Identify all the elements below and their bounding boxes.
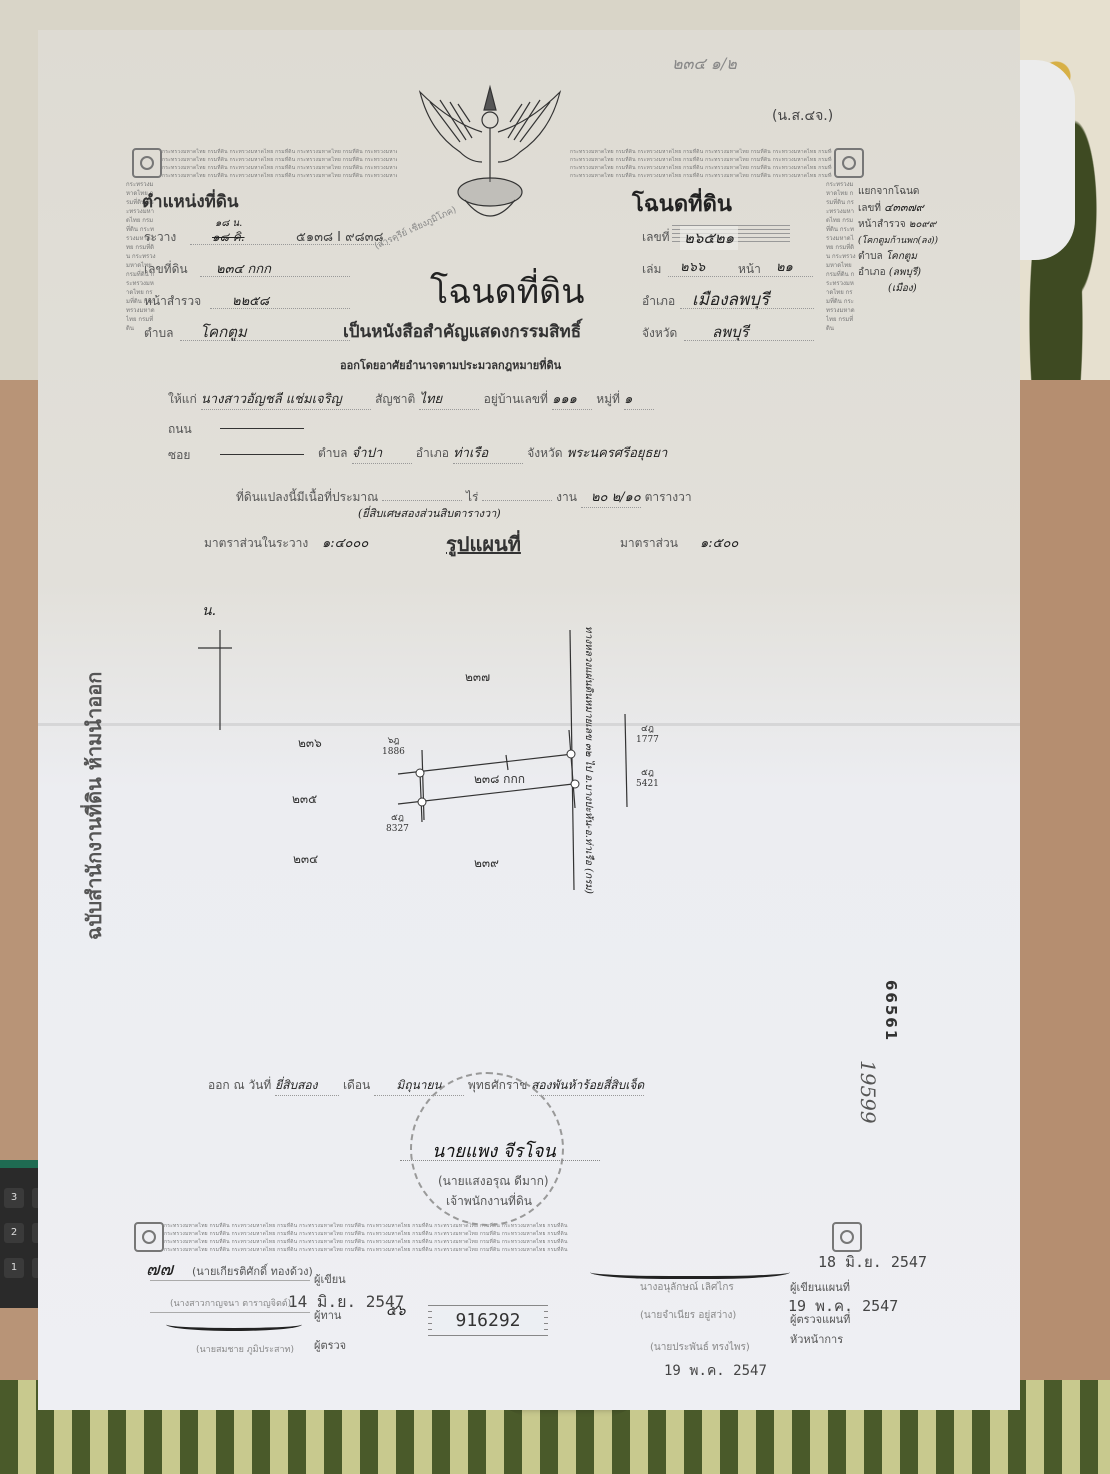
- reviewer-name: (นางสาวกาญจนา ตาราญจิตต์): [170, 1296, 291, 1310]
- owner-name: นางสาวอัญชลี แช่มเจริญ: [201, 388, 371, 410]
- paper-roll: [1015, 60, 1075, 260]
- pencil-note: ๒๓๔ ๑/๒: [672, 52, 737, 77]
- tambon-underline: [180, 340, 350, 341]
- security-band-right: กระทรวงมหาดไทย กรมที่ดิน กระทรวงมหาดไทย …: [826, 180, 856, 1210]
- house-no-value: ๑๑๑: [552, 388, 592, 410]
- origin-number-value: ๔๓๓๗๙: [884, 201, 924, 214]
- land-no-label: เลขที่ดิน: [144, 260, 188, 279]
- origin-survey-label: หน้าสำรวจ: [858, 219, 906, 230]
- ornament-icon: [834, 148, 864, 178]
- survey-page-underline: [210, 308, 350, 309]
- owner-amphoe-value: ท่าเรือ: [453, 442, 523, 464]
- sqwa-label: ตารางวา: [645, 490, 692, 504]
- boundary-marker: ๕ฎ5421: [636, 768, 659, 790]
- road-blank: [220, 428, 304, 429]
- owner-tambon-value: จำปา: [352, 442, 412, 464]
- parcel-label: ๒๓๙: [474, 854, 499, 873]
- rai-label: ไร่: [466, 490, 478, 504]
- parcel-label: ๒๓๕: [292, 790, 317, 809]
- boundary-marker: ๔ฎ1777: [636, 724, 659, 746]
- initial-mark: ๕๖: [386, 1300, 405, 1322]
- owner-province-value: พระนครศรีอยุธยา: [567, 446, 668, 461]
- map-writer-name: นางอนุลักษณ์ เลิศไกร: [640, 1280, 734, 1295]
- inspector-signature: [166, 1318, 302, 1331]
- volume-value: ๒๖๖: [680, 256, 705, 277]
- authority-line: ออกโดยอาศัยอำนาจตามประมวลกฎหมายที่ดิน: [340, 356, 561, 374]
- security-band-top-right: กระทรวงมหาดไทย กรมที่ดิน กระทรวงมหาดไทย …: [570, 148, 832, 180]
- origin-tambon-label: ตำบล: [858, 251, 883, 262]
- tambon-label: ตำบล: [144, 324, 174, 343]
- reviewer-role: ผู้ทาน: [314, 1306, 341, 1324]
- area-label: ที่ดินแปลงนี้มีเนื้อที่ประมาณ: [236, 490, 378, 504]
- map-checker-role: ผู้ตรวจแผนที่: [790, 1310, 850, 1328]
- officer-title: เจ้าพนักงานที่ดิน: [446, 1192, 532, 1211]
- origin-amphoe-label: อำเภอ: [858, 267, 886, 278]
- origin-tambon-value: โคกตูม: [886, 251, 917, 262]
- origin-survey-note: (โคกตูมก้านพก(ลง)): [858, 233, 958, 249]
- origin-survey-value: ๒๐๙๙: [909, 219, 936, 230]
- officer-name: (นายแสงอรุณ ดีมาก): [438, 1172, 549, 1191]
- boundary-marker: ๖ฎ1886: [382, 736, 405, 758]
- soi-label: ซอย: [168, 446, 190, 465]
- ornament-icon: [832, 1222, 862, 1252]
- to-label: ให้แก่: [168, 392, 197, 406]
- province-underline: [684, 340, 814, 341]
- nationality-value: ไทย: [419, 388, 479, 410]
- road-label-vertical: ทางหลวงแผ่นดินหมายเลข ๓๒ ไป อ.บางปะหัน-อ…: [581, 626, 596, 894]
- moo-value: ๑: [624, 388, 654, 410]
- chief-date: 19 พ.ค. 2547: [664, 1360, 767, 1382]
- survey-page-label: หน้าสำรวจ: [144, 292, 201, 311]
- owner-amphoe-label: อำเภอ: [416, 446, 449, 460]
- serial-printed: 66561: [882, 980, 900, 1042]
- origin-heading: แยกจากโฉนด: [858, 184, 958, 200]
- issue-label: ออก ณ วันที่: [208, 1078, 271, 1092]
- map-writer-date: 18 มิ.ย. 2547: [818, 1250, 927, 1274]
- chief-role: หัวหน้าการ: [790, 1330, 843, 1348]
- origin-amphoe-value: (ลพบุรี): [889, 267, 921, 278]
- deed-title: โฉนดที่ดิน: [430, 264, 584, 318]
- scale-rawang-value: ๑:๔๐๐๐: [322, 532, 368, 553]
- security-band-bottom: กระทรวงมหาดไทย กรมที่ดิน กระทรวงมหาดไทย …: [164, 1222, 830, 1254]
- rawang-field: ระวาง: [144, 226, 176, 247]
- deed-subtitle: เป็นหนังสือสำคัญแสดงกรรมสิทธิ์: [343, 318, 581, 345]
- parcel-label-main: ๒๓๘ กกก: [474, 770, 525, 789]
- serial-number-box: 916292: [428, 1300, 548, 1340]
- office-copy-label: ฉบับสำนักงานที่ดิน ห้ามนำออก: [78, 672, 110, 940]
- nationality-label: สัญชาติ: [375, 392, 415, 406]
- owner-tambon-label: ตำบล: [318, 446, 348, 460]
- rawang-underline: [190, 244, 390, 245]
- parcel-map: [190, 600, 710, 920]
- serial-handwritten: 19599: [856, 1060, 880, 1124]
- boundary-marker: ๕ฎ8327: [386, 813, 409, 835]
- land-no-underline: [200, 276, 350, 277]
- signature-line: [400, 1160, 600, 1161]
- writer-initial: ๗๗: [146, 1254, 173, 1283]
- amphoe-underline: [680, 308, 814, 309]
- moo-label: หมู่ที่: [596, 392, 620, 406]
- origin-number-label: เลขที่: [858, 203, 881, 214]
- issue-day: ยี่สิบสอง: [275, 1076, 339, 1096]
- ngan-blank: [482, 500, 552, 501]
- origin-amphoe-note: (เมือง): [858, 281, 958, 297]
- map-writer-signature: [590, 1262, 790, 1279]
- inspector-role: ผู้ตรวจ: [314, 1336, 346, 1354]
- deed-heading-right: โฉนดที่ดิน: [632, 186, 732, 221]
- road-label: ถนน: [168, 420, 192, 439]
- issue-month-label: เดือน: [343, 1078, 370, 1092]
- map-checker-name: (นายจำเนียร อยู่สว่าง): [640, 1308, 736, 1323]
- page-value: ๒๑: [776, 256, 793, 277]
- ornament-icon: [134, 1222, 164, 1252]
- map-title: รูปแผนที่: [446, 528, 521, 560]
- writer-role: ผู้เขียน: [314, 1270, 346, 1288]
- deed-number-label: เลขที่: [642, 228, 670, 247]
- issue-year: สองพันห้าร้อยสี่สิบเจ็ด: [531, 1076, 644, 1096]
- owner-line-3: ตำบล จำปา อำเภอ ท่าเรือ จังหวัด พระนครศร…: [318, 442, 848, 464]
- security-band-top-left: กระทรวงมหาดไทย กรมที่ดิน กระทรวงมหาดไทย …: [162, 148, 397, 180]
- garuda-emblem-icon: [390, 82, 590, 232]
- parcel-label: ๒๓๖: [298, 734, 322, 753]
- owner-province-label: จังหวัด: [527, 446, 562, 460]
- chief-name: (นายประพันธ์ ทรงไพร): [650, 1340, 750, 1355]
- ngan-label: งาน: [556, 490, 577, 504]
- writer-name: (นายเกียรติศักดิ์ ทองด้วง): [192, 1262, 313, 1280]
- house-no-label: อยู่บ้านเลขที่: [484, 392, 548, 406]
- volume-underline: [668, 276, 813, 277]
- form-code: (น.ส.๔จ.): [772, 105, 833, 127]
- scale-rawang-label: มาตราส่วนในระวาง: [204, 534, 308, 553]
- owner-line-1: ให้แก่ นางสาวอัญชลี แช่มเจริญ สัญชาติ ไท…: [168, 388, 828, 410]
- inspector-name: (นายสมชาย ภูมิประสาท): [196, 1342, 294, 1356]
- origin-block: แยกจากโฉนด เลขที่ ๔๓๓๗๙ หน้าสำรวจ ๒๐๙๙ (…: [858, 184, 958, 297]
- province-label: จังหวัด: [642, 324, 677, 343]
- soi-blank: [220, 454, 304, 455]
- scale-value: ๑:๕๐๐: [700, 532, 738, 553]
- parcel-label: ๒๓๔: [293, 850, 318, 869]
- area-line: ที่ดินแปลงนี้มีเนื้อที่ประมาณ ไร่ งาน ๒๐…: [236, 486, 836, 508]
- reviewer-line: [150, 1312, 310, 1313]
- ornament-icon: [132, 148, 162, 178]
- parcel-label: ๒๓๗: [465, 668, 490, 687]
- volume-label: เล่ม: [642, 260, 661, 279]
- scale-label: มาตราส่วน: [620, 534, 678, 553]
- amphoe-label: อำเภอ: [642, 292, 675, 311]
- deed-number-value: ๒๖๕๒๑: [680, 226, 738, 250]
- sqwa-value: ๒๐ ๒/๑๐: [581, 486, 641, 508]
- writer-line: [150, 1280, 310, 1281]
- land-location-heading: ตำแหน่งที่ดิน: [142, 188, 239, 215]
- area-note: (ยี่สิบเศษสองส่วนสิบตารางวา): [358, 504, 501, 522]
- rai-blank: [382, 500, 462, 501]
